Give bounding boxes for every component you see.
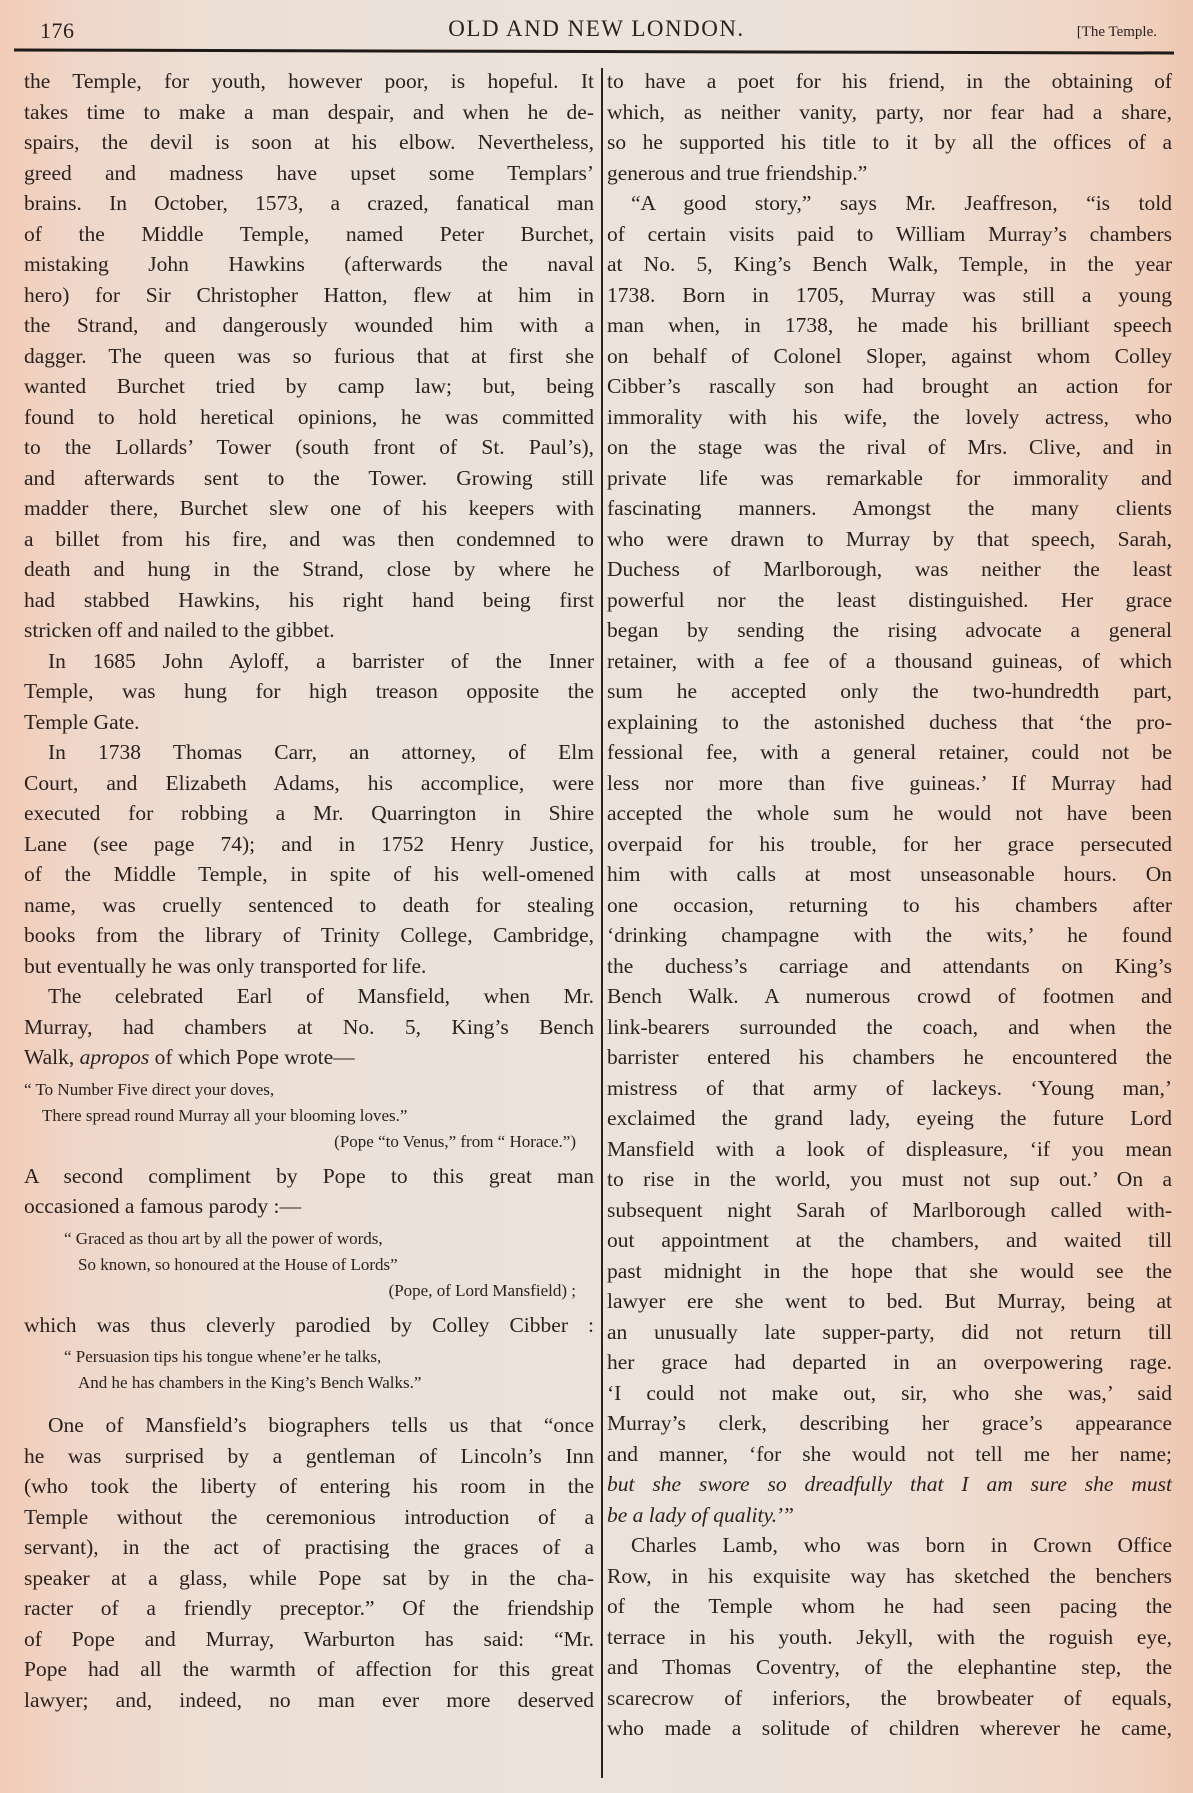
text-line: and afterwards sent to the Tower. Growin…: [24, 463, 594, 494]
paragraph-carr: In 1738 Thomas Carr, an attorney, of Elm…: [24, 737, 594, 981]
text-line: link-bearers surrounded the coach, and w…: [607, 1012, 1172, 1043]
text-line: one occasion, returning to his chambers …: [607, 890, 1172, 921]
text-line: mistaking John Hawkins (afterwards the n…: [24, 249, 594, 280]
text-line: powerful nor the least distinguished. He…: [607, 585, 1172, 616]
text-line: The celebrated Earl of Mansfield, when M…: [24, 981, 594, 1012]
text-line: an unusually late supper-party, did not …: [607, 1317, 1172, 1348]
text-line: began by sending the rising advocate a g…: [607, 615, 1172, 646]
text-line: takes time to make a man despair, and wh…: [24, 97, 594, 128]
verse-quote-venus: “ To Number Five direct your doves, Ther…: [24, 1077, 594, 1155]
verse-line: So known, so honoured at the House of Lo…: [24, 1252, 594, 1278]
verse-attribution: (Pope, of Lord Mansfield) ;: [24, 1278, 594, 1304]
text-line: and manner, ‘for she would not tell me h…: [607, 1439, 1172, 1470]
paragraph-ayloff: In 1685 John Ayloff, a barrister of the …: [24, 646, 594, 738]
text-line: barrister entered his chambers he encoun…: [607, 1042, 1172, 1073]
text-line: retainer, with a fee of a thousand guine…: [607, 646, 1172, 677]
text-line: racter of a friendly preceptor.” Of the …: [24, 1593, 594, 1624]
text-line: Temple, was hung for high treason opposi…: [24, 676, 594, 707]
text-line: terrace in his youth. Jekyll, with the r…: [607, 1622, 1172, 1653]
text-line: explaining to the astonished duchess tha…: [607, 707, 1172, 738]
verse-quote-cibber: “ Persuasion tips his tongue whene’er he…: [24, 1344, 594, 1396]
text-line: In 1685 John Ayloff, a barrister of the …: [24, 646, 594, 677]
text-line: speaker at a glass, while Pope sat by in…: [24, 1563, 594, 1594]
text-line: Court, and Elizabeth Adams, his accompli…: [24, 768, 594, 799]
text-line: madder there, Burchet slew one of his ke…: [24, 493, 594, 524]
text-line: a billet from his fire, and was then con…: [24, 524, 594, 555]
text-line: name, was cruelly sentenced to death for…: [24, 890, 594, 921]
text-line: brains. In October, 1573, a crazed, fana…: [24, 188, 594, 219]
text-line: which, as neither vanity, party, nor fea…: [607, 97, 1172, 128]
text-line: fascinating manners. Amongst the many cl…: [607, 493, 1172, 524]
text-line: spairs, the devil is soon at his elbow. …: [24, 127, 594, 158]
text-line: Cibber’s rascally son had brought an act…: [607, 371, 1172, 402]
text-line: man when, in 1738, he made his brilliant…: [607, 310, 1172, 341]
text-line: Pope had all the warmth of affection for…: [24, 1654, 594, 1685]
text-span: ’”: [777, 1503, 794, 1527]
text-line: hero) for Sir Christopher Hatton, flew a…: [24, 280, 594, 311]
verse-line: “ To Number Five direct your doves,: [24, 1077, 594, 1103]
text-line: “A good story,” says Mr. Jeaffreson, “is…: [607, 188, 1172, 219]
text-line: Row, in his exquisite way has sketched t…: [607, 1561, 1172, 1592]
text-line: Duchess of Marlborough, was neither the …: [607, 554, 1172, 585]
text-line: Mansfield with a look of displeasure, ‘i…: [607, 1134, 1172, 1165]
text-line: greed and madness have upset some Templa…: [24, 158, 594, 189]
text-line: Lane (see page 74); and in 1752 Henry Ju…: [24, 829, 594, 860]
text-line: accepted the whole sum he would not have…: [607, 798, 1172, 829]
text-line: of certain visits paid to William Murray…: [607, 219, 1172, 250]
text-line: subsequent night Sarah of Marlborough ca…: [607, 1195, 1172, 1226]
text-line: the Temple, for youth, however poor, is …: [24, 66, 594, 97]
section-label: [The Temple.: [1077, 24, 1157, 41]
text-line: at No. 5, King’s Bench Walk, Temple, in …: [607, 249, 1172, 280]
text-line: so he supported his title to it by all t…: [607, 127, 1172, 158]
text-line: In 1738 Thomas Carr, an attorney, of Elm: [24, 737, 594, 768]
text-line: of Pope and Murray, Warburton has said: …: [24, 1624, 594, 1655]
text-line: to the Lollards’ Tower (south front of S…: [24, 432, 594, 463]
text-line: be a lady of quality.’”: [607, 1500, 1172, 1531]
column-divider: [601, 68, 603, 1778]
text-line: immorality with his wife, the lovely act…: [607, 402, 1172, 433]
text-line: had stabbed Hawkins, his right hand bein…: [24, 585, 594, 616]
text-line: on behalf of Colonel Sloper, against who…: [607, 341, 1172, 372]
text-line: the duchess’s carriage and attendants on…: [607, 951, 1172, 982]
text-line: Temple Gate.: [24, 707, 594, 738]
verse-line: There spread round Murray all your bloom…: [24, 1103, 594, 1129]
text-line: generous and true friendship.”: [607, 158, 1172, 189]
text-line: executed for robbing a Mr. Quarrington i…: [24, 798, 594, 829]
text-line: who were drawn to Murray by that speech,…: [607, 524, 1172, 555]
text-line: ‘I could not make out, sir, who she was,…: [607, 1378, 1172, 1409]
text-line: past midnight in the hope that she would…: [607, 1256, 1172, 1287]
text-line: who made a solitude of children wherever…: [607, 1713, 1172, 1744]
text-line: servant), in the act of practising the g…: [24, 1532, 594, 1563]
text-line: Walk, apropos of which Pope wrote—: [24, 1042, 594, 1073]
text-line: of the Temple whom he had seen pacing th…: [607, 1591, 1172, 1622]
paragraph-parody-intro: which was thus cleverly parodied by Coll…: [24, 1310, 594, 1341]
verse-quote-lords: “ Graced as thou art by all the power of…: [24, 1226, 594, 1304]
text-line: Charles Lamb, who was born in Crown Offi…: [607, 1530, 1172, 1561]
text-line: out appointment at the chambers, and wai…: [607, 1225, 1172, 1256]
text-line: of the Middle Temple, in spite of his we…: [24, 859, 594, 890]
paragraph-second-compliment: A second compliment by Pope to this grea…: [24, 1161, 594, 1222]
text-line: overpaid for his trouble, for her grace …: [607, 829, 1172, 860]
text-line: Murray, had chambers at No. 5, King’s Be…: [24, 1012, 594, 1043]
text-line: to have a poet for his friend, in the ob…: [607, 66, 1172, 97]
text-line: private life was remarkable for immorali…: [607, 463, 1172, 494]
running-title: OLD AND NEW LONDON.: [0, 16, 1193, 42]
verse-line: “ Graced as thou art by all the power of…: [24, 1226, 594, 1252]
paragraph-biographers: One of Mansfield’s biographers tells us …: [24, 1410, 594, 1715]
text-line: less nor more than five guineas.’ If Mur…: [607, 768, 1172, 799]
text-line: to rise in the world, you must not sup o…: [607, 1164, 1172, 1195]
text-span: of which Pope wrote—: [149, 1045, 354, 1069]
text-line: Bench Walk. A numerous crowd of footmen …: [607, 981, 1172, 1012]
text-line: her grace had departed in an overpowerin…: [607, 1347, 1172, 1378]
text-line: exclaimed the grand lady, eyeing the fut…: [607, 1103, 1172, 1134]
text-line: ‘drinking champagne with the wits,’ he f…: [607, 920, 1172, 951]
paragraph-burchet: the Temple, for youth, however poor, is …: [24, 66, 594, 646]
text-line: scarecrow of inferiors, the browbeater o…: [607, 1683, 1172, 1714]
text-line: the Strand, and dangerously wounded him …: [24, 310, 594, 341]
header-rule: [14, 48, 1174, 54]
text-line: lawyer ere she went to bed. But Murray, …: [607, 1286, 1172, 1317]
paragraph-charles-lamb: Charles Lamb, who was born in Crown Offi…: [607, 1530, 1172, 1744]
text-line: death and hung in the Strand, close by w…: [24, 554, 594, 585]
right-column: to have a poet for his friend, in the ob…: [607, 66, 1172, 1744]
text-line: books from the library of Trinity Colleg…: [24, 920, 594, 951]
text-line: which was thus cleverly parodied by Coll…: [24, 1310, 594, 1341]
text-line: occasioned a famous parody :—: [24, 1191, 594, 1222]
text-line: A second compliment by Pope to this grea…: [24, 1161, 594, 1192]
text-line: sum he accepted only the two-hundredth p…: [607, 676, 1172, 707]
text-line: and Thomas Coventry, of the elephantine …: [607, 1652, 1172, 1683]
verse-line: “ Persuasion tips his tongue whene’er he…: [24, 1344, 594, 1370]
text-line: dagger. The queen was so furious that at…: [24, 341, 594, 372]
text-line: of the Middle Temple, named Peter Burche…: [24, 219, 594, 250]
verse-line: And he has chambers in the King’s Bench …: [24, 1370, 594, 1396]
text-span: Walk,: [24, 1045, 80, 1069]
text-line: wanted Burchet tried by camp law; but, b…: [24, 371, 594, 402]
text-line: on the stage was the rival of Mrs. Clive…: [607, 432, 1172, 463]
text-line: stricken off and nailed to the gibbet.: [24, 615, 594, 646]
paragraph-warburton-cont: to have a poet for his friend, in the ob…: [607, 66, 1172, 188]
text-line: found to hold heretical opinions, he was…: [24, 402, 594, 433]
text-line: him with calls at most unseasonable hour…: [607, 859, 1172, 890]
text-line: mistress of that army of lackeys. ‘Young…: [607, 1073, 1172, 1104]
left-column: the Temple, for youth, however poor, is …: [24, 66, 594, 1715]
text-line: (who took the liberty of entering his ro…: [24, 1471, 594, 1502]
text-line: One of Mansfield’s biographers tells us …: [24, 1410, 594, 1441]
italic-quote: be a lady of quality.: [607, 1503, 777, 1527]
verse-attribution: (Pope “to Venus,” from “ Horace.”): [24, 1129, 594, 1155]
text-line: fessional fee, with a general retainer, …: [607, 737, 1172, 768]
paragraph-mansfield: The celebrated Earl of Mansfield, when M…: [24, 981, 594, 1073]
page-header: 176 OLD AND NEW LONDON. [The Temple.: [0, 0, 1193, 52]
text-line-italic: but she swore so dreadfully that I am su…: [607, 1469, 1172, 1500]
text-line: Temple without the ceremonious introduct…: [24, 1502, 594, 1533]
text-line: he was surprised by a gentleman of Linco…: [24, 1441, 594, 1472]
text-line: 1738. Born in 1705, Murray was still a y…: [607, 280, 1172, 311]
text-line: but eventually he was only transported f…: [24, 951, 594, 982]
text-line: Murray’s clerk, describing her grace’s a…: [607, 1408, 1172, 1439]
text-line: lawyer; and, indeed, no man ever more de…: [24, 1685, 594, 1716]
paragraph-jeaffreson: “A good story,” says Mr. Jeaffreson, “is…: [607, 188, 1172, 1530]
italic-term: apropos: [80, 1045, 150, 1069]
